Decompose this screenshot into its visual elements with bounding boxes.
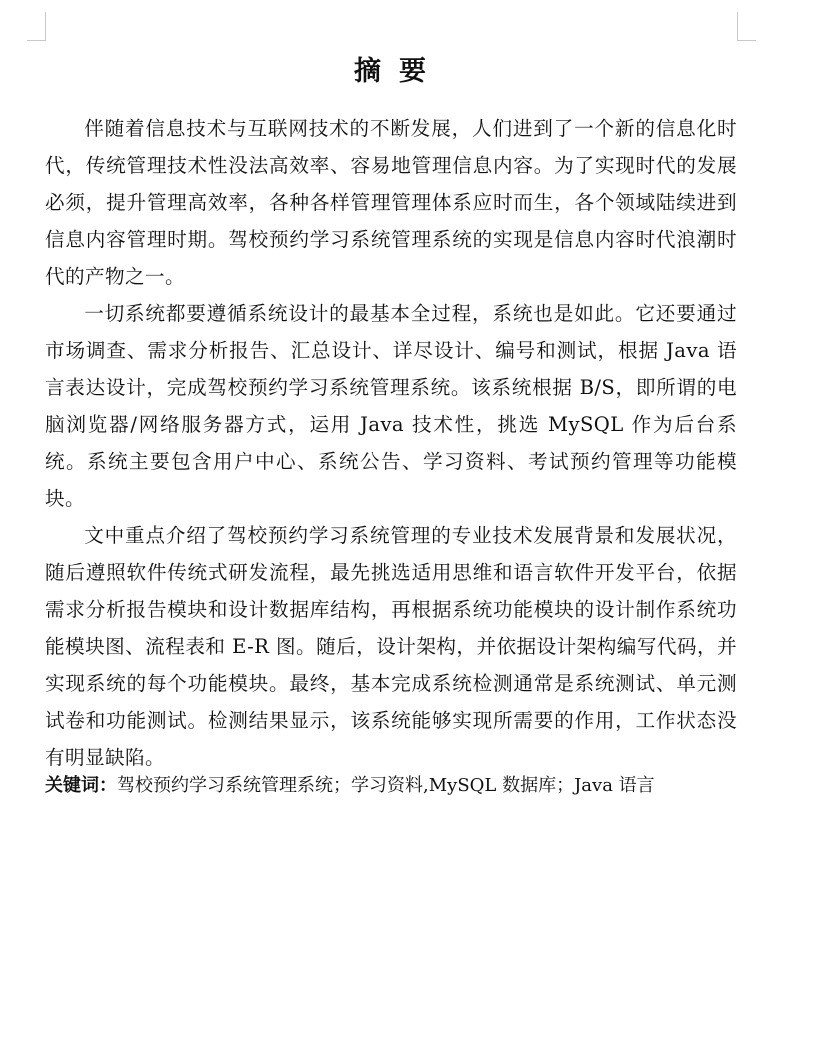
abstract-paragraph-2: 一切系统都要遵循系统设计的最基本全过程，系统也是如此。它还要通过市场调查、需求分… [45,295,737,517]
abstract-body: 伴随着信息技术与互联网技术的不断发展，人们进到了一个新的信息化时代，传统管理技术… [45,110,737,776]
page-corner-mark-top-left [27,12,46,41]
abstract-title: 摘要 [0,52,780,92]
abstract-paragraph-3: 文中重点介绍了驾校预约学习系统管理的专业技术发展背景和发展状况，随后遵照软件传统… [45,517,737,776]
keywords-line: 关键词：驾校预约学习系统管理系统；学习资料,MySQL 数据库；Java 语言 [45,770,745,802]
keywords-label: 关键词： [45,775,117,796]
abstract-paragraph-1: 伴随着信息技术与互联网技术的不断发展，人们进到了一个新的信息化时代，传统管理技术… [45,110,737,295]
page-corner-mark-top-right [737,12,756,41]
keywords-value: 驾校预约学习系统管理系统；学习资料,MySQL 数据库；Java 语言 [117,775,655,796]
